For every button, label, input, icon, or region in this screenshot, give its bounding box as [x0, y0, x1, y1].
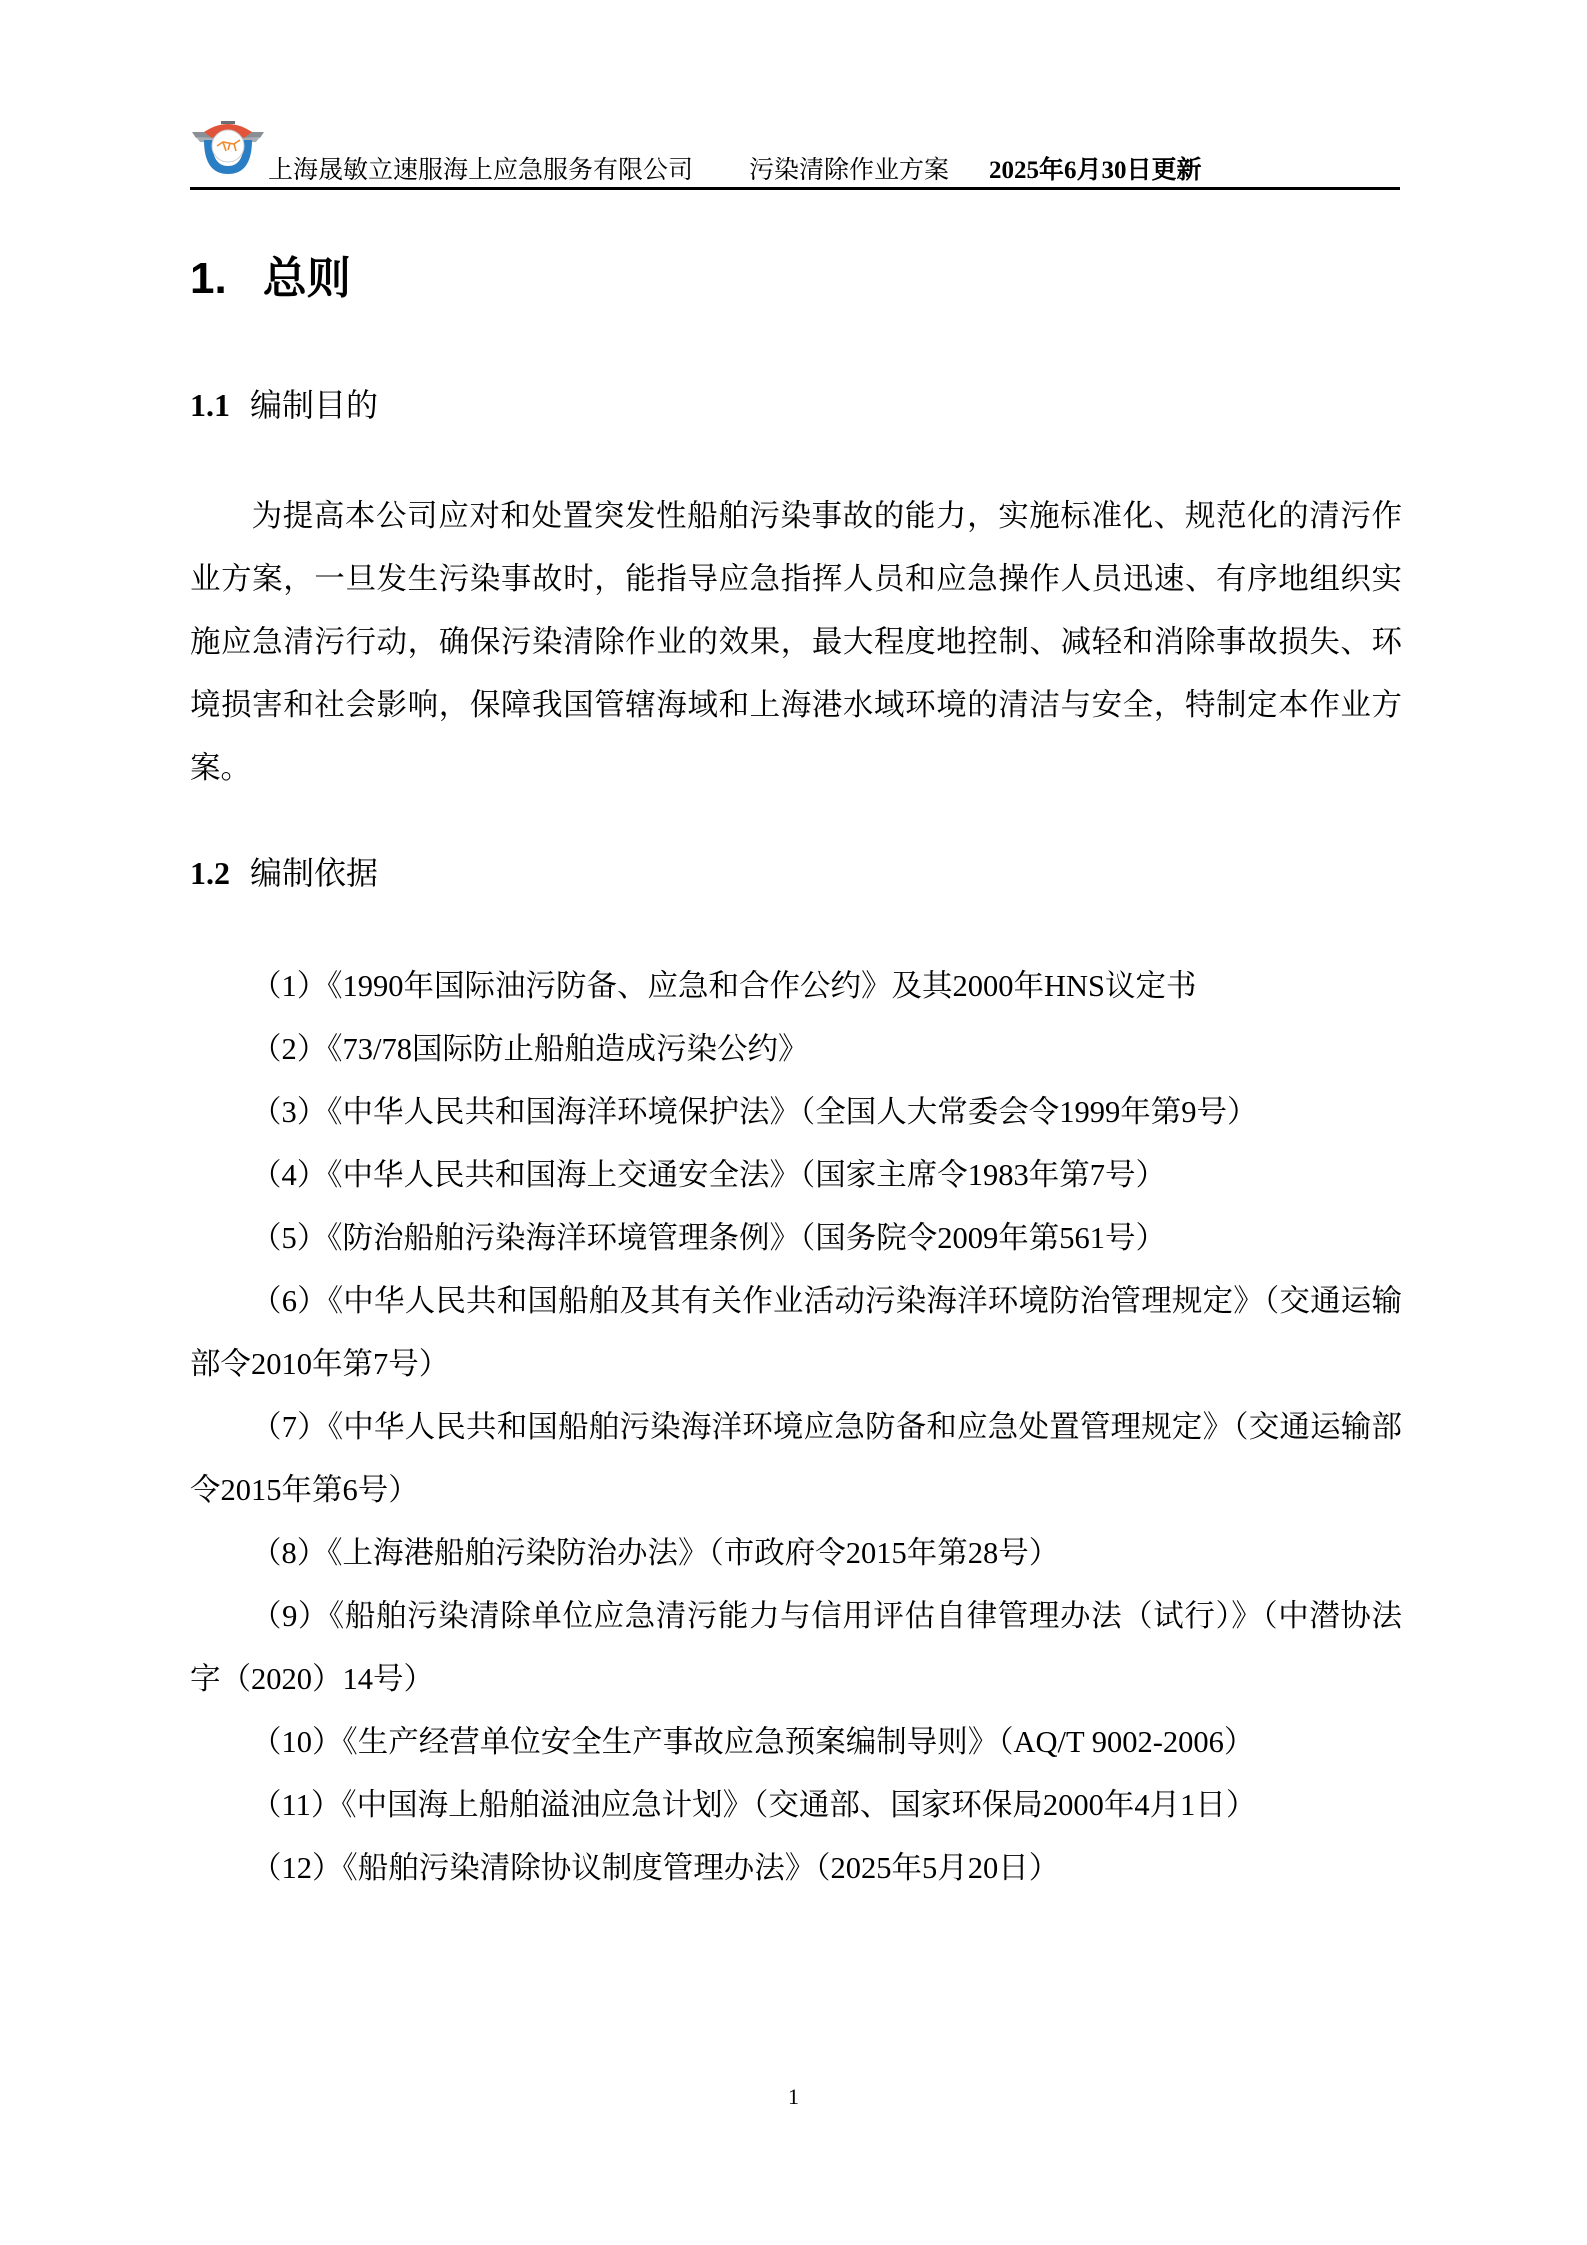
- section-number: 1.2: [190, 855, 230, 891]
- section-number: 1.1: [190, 387, 230, 423]
- reference-item: （7）《中华人民共和国船舶污染海洋环境应急防备和应急处置管理规定》（交通运输部令…: [190, 1396, 1402, 1522]
- reference-item: （12）《船舶污染清除协议制度管理办法》（2025年5月20日）: [190, 1837, 1402, 1900]
- company-logo-icon: [190, 118, 266, 176]
- section-title: 编制依据: [250, 855, 378, 891]
- reference-list: （1）《1990年国际油污防备、应急和合作公约》及其2000年HNS议定书 （2…: [190, 955, 1402, 1900]
- section-title: 编制目的: [250, 387, 378, 423]
- reference-item: （5）《防治船舶污染海洋环境管理条例》（国务院令2009年第561号）: [190, 1207, 1402, 1270]
- page-header: 上海晟敏立速服海上应急服务有限公司污染清除作业方案2025年6月30日更新: [190, 112, 1400, 192]
- header-text: 上海晟敏立速服海上应急服务有限公司污染清除作业方案2025年6月30日更新: [268, 156, 1202, 186]
- reference-item: （9）《船舶污染清除单位应急清污能力与信用评估自律管理办法（试行）》（中潜协法字…: [190, 1585, 1402, 1711]
- page-number: 1: [0, 2084, 1587, 2110]
- reference-item: （10）《生产经营单位安全生产事故应急预案编制导则》（AQ/T 9002-200…: [190, 1711, 1402, 1774]
- section-heading-1-1: 1.1编制目的: [190, 385, 378, 425]
- header-company-name: 上海晟敏立速服海上应急服务有限公司: [268, 156, 693, 186]
- reference-item: （2）《73/78国际防止船舶造成污染公约》: [190, 1018, 1402, 1081]
- chapter-title: 总则: [263, 254, 351, 303]
- header-divider: [190, 187, 1400, 190]
- header-update-date: 2025年6月30日更新: [989, 156, 1202, 186]
- reference-item: （4）《中华人民共和国海上交通安全法》（国家主席令1983年第7号）: [190, 1144, 1402, 1207]
- reference-item: （1）《1990年国际油污防备、应急和合作公约》及其2000年HNS议定书: [190, 955, 1402, 1018]
- reference-item: （8）《上海港船舶污染防治办法》（市政府令2015年第28号）: [190, 1522, 1402, 1585]
- reference-item: （6）《中华人民共和国船舶及其有关作业活动污染海洋环境防治管理规定》（交通运输部…: [190, 1270, 1402, 1396]
- chapter-heading: 1.总则: [190, 252, 351, 306]
- section-heading-1-2: 1.2编制依据: [190, 853, 378, 893]
- reference-item: （11）《中国海上船舶溢油应急计划》（交通部、国家环保局2000年4月1日）: [190, 1774, 1402, 1837]
- header-document-title: 污染清除作业方案: [749, 156, 949, 186]
- chapter-number: 1.: [190, 254, 227, 303]
- purpose-paragraph: 为提高本公司应对和处置突发性船舶污染事故的能力，实施标准化、规范化的清污作业方案…: [190, 485, 1402, 800]
- paragraph-text: 为提高本公司应对和处置突发性船舶污染事故的能力，实施标准化、规范化的清污作业方案…: [190, 499, 1402, 785]
- reference-item: （3）《中华人民共和国海洋环境保护法》（全国人大常委会令1999年第9号）: [190, 1081, 1402, 1144]
